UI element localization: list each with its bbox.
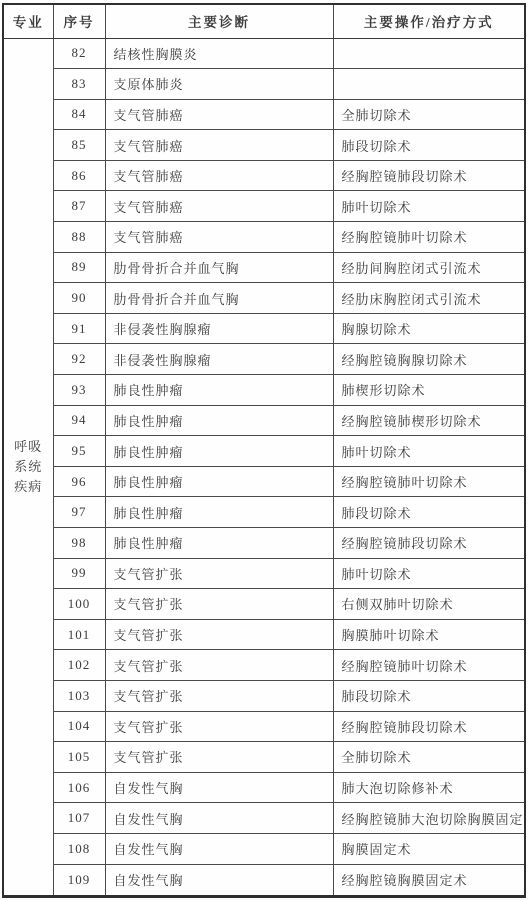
cell-no: 84 bbox=[53, 99, 105, 130]
cell-diagnosis: 结核性胸膜炎 bbox=[105, 38, 333, 69]
cell-diagnosis: 支气管肺癌 bbox=[105, 130, 333, 161]
cell-no: 94 bbox=[53, 405, 105, 436]
cell-diagnosis: 支气管扩张 bbox=[105, 742, 333, 773]
cell-treatment: 肺段切除术 bbox=[333, 497, 525, 528]
cell-diagnosis: 肋骨骨折合并血气胸 bbox=[105, 252, 333, 283]
cell-no: 109 bbox=[53, 864, 105, 896]
cell-diagnosis: 肺良性肿瘤 bbox=[105, 466, 333, 497]
cell-diagnosis: 肺良性肿瘤 bbox=[105, 405, 333, 436]
table-row: 100支气管扩张右侧双肺叶切除术 bbox=[3, 589, 525, 620]
cell-no: 95 bbox=[53, 436, 105, 467]
cell-no: 101 bbox=[53, 619, 105, 650]
table-row: 90肋骨骨折合并血气胸经肋床胸腔闭式引流术 bbox=[3, 283, 525, 314]
cell-treatment: 右侧双肺叶切除术 bbox=[333, 589, 525, 620]
cell-no: 98 bbox=[53, 528, 105, 559]
cell-treatment: 肺段切除术 bbox=[333, 680, 525, 711]
cell-no: 87 bbox=[53, 191, 105, 222]
cell-treatment: 胸腺切除术 bbox=[333, 313, 525, 344]
table-row: 92非侵袭性胸腺瘤经胸腔镜胸腺切除术 bbox=[3, 344, 525, 375]
table-row: 93肺良性肿瘤肺楔形切除术 bbox=[3, 375, 525, 406]
table-row: 83支原体肺炎 bbox=[3, 69, 525, 100]
table-row: 103支气管扩张肺段切除术 bbox=[3, 680, 525, 711]
cell-diagnosis: 支气管肺癌 bbox=[105, 160, 333, 191]
table-row: 97肺良性肿瘤肺段切除术 bbox=[3, 497, 525, 528]
cell-diagnosis: 支气管扩张 bbox=[105, 558, 333, 589]
table-row: 105支气管扩张全肺切除术 bbox=[3, 742, 525, 773]
table-row: 109自发性气胸经胸腔镜胸膜固定术 bbox=[3, 864, 525, 896]
clinical-pathway-table: 专业 序号 主要诊断 主要操作/治疗方式 呼吸系统疾病82结核性胸膜炎83支原体… bbox=[2, 3, 526, 898]
cell-diagnosis: 肺良性肿瘤 bbox=[105, 497, 333, 528]
cell-treatment: 肺楔形切除术 bbox=[333, 375, 525, 406]
cell-no: 99 bbox=[53, 558, 105, 589]
cell-treatment: 经胸腔镜胸腺切除术 bbox=[333, 344, 525, 375]
cell-treatment: 胸膜肺叶切除术 bbox=[333, 619, 525, 650]
cell-diagnosis: 支气管肺癌 bbox=[105, 191, 333, 222]
cell-no: 97 bbox=[53, 497, 105, 528]
table-row: 104支气管扩张经胸腔镜肺段切除术 bbox=[3, 711, 525, 742]
table-body: 呼吸系统疾病82结核性胸膜炎83支原体肺炎84支气管肺癌全肺切除术85支气管肺癌… bbox=[3, 38, 525, 897]
cell-no: 100 bbox=[53, 589, 105, 620]
cell-no: 83 bbox=[53, 69, 105, 100]
col-header-diagnosis: 主要诊断 bbox=[105, 4, 333, 38]
cell-diagnosis: 支气管扩张 bbox=[105, 650, 333, 681]
table-row: 106自发性气胸肺大泡切除修补术 bbox=[3, 772, 525, 803]
cell-diagnosis: 支气管扩张 bbox=[105, 619, 333, 650]
cell-treatment bbox=[333, 38, 525, 69]
cell-no: 85 bbox=[53, 130, 105, 161]
cell-treatment: 经胸腔镜肺楔形切除术 bbox=[333, 405, 525, 436]
cell-treatment: 肺大泡切除修补术 bbox=[333, 772, 525, 803]
table-row: 98肺良性肿瘤经胸腔镜肺段切除术 bbox=[3, 528, 525, 559]
table-row: 96肺良性肿瘤经胸腔镜肺叶切除术 bbox=[3, 466, 525, 497]
specialty-cell: 呼吸系统疾病 bbox=[3, 38, 53, 897]
cell-treatment: 经胸腔镜胸膜固定术 bbox=[333, 864, 525, 896]
cell-treatment: 胸膜固定术 bbox=[333, 833, 525, 864]
table-row: 87支气管肺癌肺叶切除术 bbox=[3, 191, 525, 222]
cell-diagnosis: 支气管扩张 bbox=[105, 589, 333, 620]
cell-diagnosis: 自发性气胸 bbox=[105, 864, 333, 896]
cell-treatment: 肺叶切除术 bbox=[333, 558, 525, 589]
col-header-number: 序号 bbox=[53, 4, 105, 38]
table-row: 85支气管肺癌肺段切除术 bbox=[3, 130, 525, 161]
table-row: 95肺良性肿瘤肺叶切除术 bbox=[3, 436, 525, 467]
cell-diagnosis: 肺良性肿瘤 bbox=[105, 528, 333, 559]
cell-treatment: 经肋床胸腔闭式引流术 bbox=[333, 283, 525, 314]
cell-treatment: 全肺切除术 bbox=[333, 742, 525, 773]
cell-no: 89 bbox=[53, 252, 105, 283]
cell-treatment: 经肋间胸腔闭式引流术 bbox=[333, 252, 525, 283]
col-header-specialty: 专业 bbox=[3, 4, 53, 38]
table-row: 99支气管扩张肺叶切除术 bbox=[3, 558, 525, 589]
cell-no: 82 bbox=[53, 38, 105, 69]
table-row: 94肺良性肿瘤经胸腔镜肺楔形切除术 bbox=[3, 405, 525, 436]
cell-diagnosis: 自发性气胸 bbox=[105, 833, 333, 864]
cell-diagnosis: 非侵袭性胸腺瘤 bbox=[105, 344, 333, 375]
cell-treatment: 全肺切除术 bbox=[333, 99, 525, 130]
cell-diagnosis: 自发性气胸 bbox=[105, 772, 333, 803]
cell-treatment: 肺叶切除术 bbox=[333, 436, 525, 467]
header-row: 专业 序号 主要诊断 主要操作/治疗方式 bbox=[3, 4, 525, 38]
table-row: 107自发性气胸经胸腔镜肺大泡切除胸膜固定术 bbox=[3, 803, 525, 834]
cell-no: 102 bbox=[53, 650, 105, 681]
cell-diagnosis: 支气管扩张 bbox=[105, 711, 333, 742]
table-row: 89肋骨骨折合并血气胸经肋间胸腔闭式引流术 bbox=[3, 252, 525, 283]
cell-diagnosis: 支气管扩张 bbox=[105, 680, 333, 711]
table-row: 88支气管肺癌经胸腔镜肺叶切除术 bbox=[3, 222, 525, 253]
document-page: 专业 序号 主要诊断 主要操作/治疗方式 呼吸系统疾病82结核性胸膜炎83支原体… bbox=[0, 0, 528, 900]
cell-treatment: 肺叶切除术 bbox=[333, 191, 525, 222]
cell-no: 90 bbox=[53, 283, 105, 314]
cell-treatment: 肺段切除术 bbox=[333, 130, 525, 161]
cell-diagnosis: 肋骨骨折合并血气胸 bbox=[105, 283, 333, 314]
cell-treatment: 经胸腔镜肺段切除术 bbox=[333, 160, 525, 191]
cell-diagnosis: 自发性气胸 bbox=[105, 803, 333, 834]
cell-no: 96 bbox=[53, 466, 105, 497]
cell-diagnosis: 非侵袭性胸腺瘤 bbox=[105, 313, 333, 344]
cell-no: 88 bbox=[53, 222, 105, 253]
cell-diagnosis: 肺良性肿瘤 bbox=[105, 436, 333, 467]
table-row: 108自发性气胸胸膜固定术 bbox=[3, 833, 525, 864]
cell-treatment: 经胸腔镜肺大泡切除胸膜固定术 bbox=[333, 803, 525, 834]
col-header-treatment: 主要操作/治疗方式 bbox=[333, 4, 525, 38]
cell-treatment bbox=[333, 69, 525, 100]
cell-diagnosis: 支气管肺癌 bbox=[105, 99, 333, 130]
cell-no: 107 bbox=[53, 803, 105, 834]
cell-diagnosis: 肺良性肿瘤 bbox=[105, 375, 333, 406]
table-row: 86支气管肺癌经胸腔镜肺段切除术 bbox=[3, 160, 525, 191]
cell-treatment: 经胸腔镜肺段切除术 bbox=[333, 711, 525, 742]
cell-treatment: 经胸腔镜肺叶切除术 bbox=[333, 466, 525, 497]
cell-no: 91 bbox=[53, 313, 105, 344]
cell-treatment: 经胸腔镜肺叶切除术 bbox=[333, 650, 525, 681]
cell-treatment: 经胸腔镜肺段切除术 bbox=[333, 528, 525, 559]
cell-no: 93 bbox=[53, 375, 105, 406]
table-row: 91非侵袭性胸腺瘤胸腺切除术 bbox=[3, 313, 525, 344]
cell-diagnosis: 支原体肺炎 bbox=[105, 69, 333, 100]
cell-diagnosis: 支气管肺癌 bbox=[105, 222, 333, 253]
cell-no: 105 bbox=[53, 742, 105, 773]
cell-treatment: 经胸腔镜肺叶切除术 bbox=[333, 222, 525, 253]
cell-no: 108 bbox=[53, 833, 105, 864]
cell-no: 103 bbox=[53, 680, 105, 711]
table-row: 101支气管扩张胸膜肺叶切除术 bbox=[3, 619, 525, 650]
table-row: 呼吸系统疾病82结核性胸膜炎 bbox=[3, 38, 525, 69]
cell-no: 106 bbox=[53, 772, 105, 803]
table-row: 102支气管扩张经胸腔镜肺叶切除术 bbox=[3, 650, 525, 681]
table-row: 84支气管肺癌全肺切除术 bbox=[3, 99, 525, 130]
cell-no: 86 bbox=[53, 160, 105, 191]
cell-no: 104 bbox=[53, 711, 105, 742]
cell-no: 92 bbox=[53, 344, 105, 375]
